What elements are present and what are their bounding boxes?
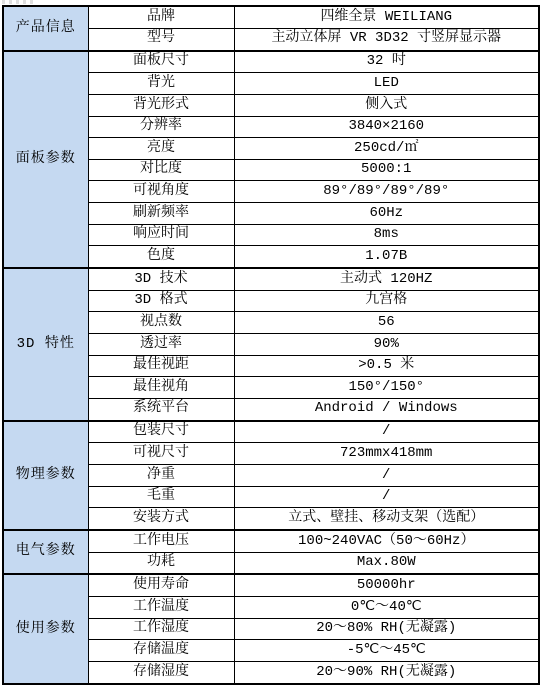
parameter-cell: 面板尺寸 xyxy=(88,51,234,73)
parameter-cell: 3D 格式 xyxy=(88,290,234,312)
category-cell: 电气参数 xyxy=(3,530,88,575)
value-cell: Max.80W xyxy=(234,552,539,574)
spec-row: 电气参数工作电压100~240VAC（50～60Hz） xyxy=(3,530,539,552)
value-cell: 侧入式 xyxy=(234,94,539,116)
value-cell: 50000hr xyxy=(234,574,539,596)
parameter-cell: 分辨率 xyxy=(88,116,234,138)
value-cell: 20～90% RH(无凝露) xyxy=(234,662,539,685)
parameter-cell: 净重 xyxy=(88,464,234,486)
value-cell: 100~240VAC（50～60Hz） xyxy=(234,530,539,552)
parameter-cell: 视点数 xyxy=(88,312,234,334)
parameter-cell: 品牌 xyxy=(88,6,234,28)
parameter-cell: 亮度 xyxy=(88,138,234,160)
parameter-cell: 工作湿度 xyxy=(88,618,234,640)
value-cell: 5000:1 xyxy=(234,159,539,181)
parameter-cell: 刷新频率 xyxy=(88,202,234,224)
spec-table: 产品信息品牌四维全景 WEILIANG型号主动立体屏 VR 3D32 寸竖屏显示… xyxy=(2,5,540,685)
parameter-cell: 工作温度 xyxy=(88,597,234,619)
category-cell: 面板参数 xyxy=(3,51,88,268)
value-cell: 3840×2160 xyxy=(234,116,539,138)
parameter-cell: 包装尺寸 xyxy=(88,421,234,443)
spec-row: 3D 特性3D 技术主动式 120HZ xyxy=(3,268,539,290)
category-cell: 产品信息 xyxy=(3,6,88,51)
value-cell: / xyxy=(234,421,539,443)
parameter-cell: 型号 xyxy=(88,28,234,50)
value-cell: 32 吋 xyxy=(234,51,539,73)
parameter-cell: 透过率 xyxy=(88,333,234,355)
parameter-cell: 存储温度 xyxy=(88,640,234,662)
value-cell: >0.5 米 xyxy=(234,355,539,377)
value-cell: Android / Windows xyxy=(234,398,539,420)
scan-artifact xyxy=(2,0,36,4)
spec-sheet-page: 产品信息品牌四维全景 WEILIANG型号主动立体屏 VR 3D32 寸竖屏显示… xyxy=(0,0,542,687)
parameter-cell: 对比度 xyxy=(88,159,234,181)
value-cell: 8ms xyxy=(234,224,539,246)
spec-row: 产品信息品牌四维全景 WEILIANG xyxy=(3,6,539,28)
value-cell: 90% xyxy=(234,333,539,355)
parameter-cell: 可视尺寸 xyxy=(88,443,234,465)
value-cell: 立式、壁挂、移动支架（选配） xyxy=(234,508,539,530)
parameter-cell: 3D 技术 xyxy=(88,268,234,290)
value-cell: 723mmx418mm xyxy=(234,443,539,465)
category-cell: 物理参数 xyxy=(3,421,88,530)
spec-row: 面板参数面板尺寸32 吋 xyxy=(3,51,539,73)
value-cell: -5℃～45℃ xyxy=(234,640,539,662)
parameter-cell: 存储湿度 xyxy=(88,662,234,685)
parameter-cell: 色度 xyxy=(88,246,234,268)
parameter-cell: 可视角度 xyxy=(88,181,234,203)
spec-row: 物理参数包装尺寸/ xyxy=(3,421,539,443)
value-cell: 89°/89°/89°/89° xyxy=(234,181,539,203)
value-cell: 主动式 120HZ xyxy=(234,268,539,290)
value-cell: / xyxy=(234,464,539,486)
value-cell: 0℃～40℃ xyxy=(234,597,539,619)
parameter-cell: 系统平台 xyxy=(88,398,234,420)
value-cell: 56 xyxy=(234,312,539,334)
value-cell: 主动立体屏 VR 3D32 寸竖屏显示器 xyxy=(234,28,539,50)
parameter-cell: 最佳视距 xyxy=(88,355,234,377)
category-cell: 使用参数 xyxy=(3,574,88,684)
value-cell: 20～80% RH(无凝露) xyxy=(234,618,539,640)
spec-row: 使用参数使用寿命50000hr xyxy=(3,574,539,596)
value-cell: / xyxy=(234,486,539,508)
value-cell: 250cd/㎡ xyxy=(234,138,539,160)
parameter-cell: 功耗 xyxy=(88,552,234,574)
category-cell: 3D 特性 xyxy=(3,268,88,421)
parameter-cell: 最佳视角 xyxy=(88,377,234,399)
parameter-cell: 使用寿命 xyxy=(88,574,234,596)
value-cell: 1.07B xyxy=(234,246,539,268)
value-cell: LED xyxy=(234,73,539,95)
value-cell: 九宫格 xyxy=(234,290,539,312)
parameter-cell: 背光 xyxy=(88,73,234,95)
parameter-cell: 安装方式 xyxy=(88,508,234,530)
parameter-cell: 毛重 xyxy=(88,486,234,508)
value-cell: 150°/150° xyxy=(234,377,539,399)
value-cell: 60Hz xyxy=(234,202,539,224)
parameter-cell: 工作电压 xyxy=(88,530,234,552)
parameter-cell: 背光形式 xyxy=(88,94,234,116)
parameter-cell: 响应时间 xyxy=(88,224,234,246)
value-cell: 四维全景 WEILIANG xyxy=(234,6,539,28)
